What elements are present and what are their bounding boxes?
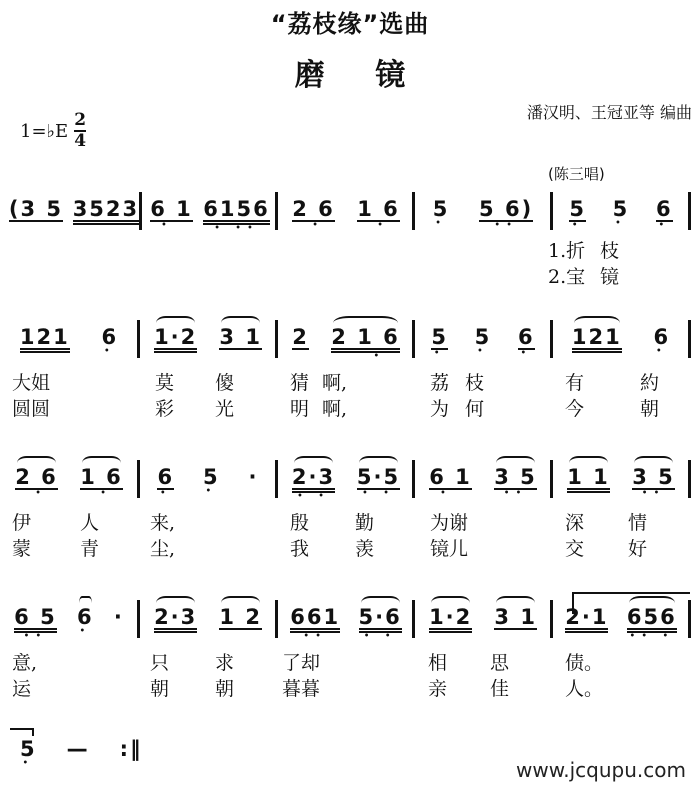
lyric: 啊, — [322, 370, 347, 396]
measure: 5• — :‖ — [20, 730, 140, 770]
slur — [496, 596, 535, 610]
lyric: 朝 — [215, 676, 234, 702]
notes: 5 — [431, 326, 448, 350]
lyric: 莫 — [155, 370, 174, 396]
notes: 6 — [653, 326, 670, 348]
note-group: 2 1 6 • — [331, 318, 399, 361]
lyric: 青 — [80, 536, 99, 562]
notes: 2·3 — [154, 606, 197, 633]
lyric: 荔 — [430, 370, 449, 396]
barline — [412, 320, 415, 358]
note-group: 6• — [101, 318, 118, 356]
measure: 6 5•• 6• · — [4, 598, 134, 638]
slur — [629, 596, 675, 610]
lyric: 思 — [490, 650, 509, 676]
measure: 1·2 3 1 — [143, 318, 273, 358]
measure: 2 2 1 6 • — [281, 318, 411, 358]
lyric: 人。 — [565, 676, 603, 702]
measure: 1·2 3 1 — [418, 598, 548, 638]
notes: 5 — [433, 198, 450, 220]
measure: 1 1 3 5•• — [556, 458, 686, 498]
note-group: 6 1• — [150, 190, 193, 230]
barline — [137, 320, 140, 358]
slur — [431, 596, 470, 610]
repeat-sign: :‖ — [120, 738, 143, 760]
barline — [550, 192, 553, 230]
lyric: 镜 — [600, 264, 619, 290]
notes: 5 — [203, 466, 220, 488]
octave-dots: •• — [504, 490, 528, 498]
lyric: 为谢 — [430, 510, 468, 536]
lyric: 情 — [628, 510, 647, 536]
note-group: 3 5•• — [494, 458, 537, 498]
lyric: 伊 — [12, 510, 31, 536]
octave-dots: • — [205, 488, 217, 496]
octave-dots: •• — [494, 222, 518, 230]
notes: 6 — [656, 198, 673, 222]
measure: 5• 5 6)•• — [418, 190, 548, 230]
notes: 5 — [613, 198, 630, 220]
lyric: 2.宝 — [548, 264, 585, 290]
note-group: 5 6)•• — [479, 190, 533, 230]
note-group: 2·3 — [154, 598, 197, 641]
octave-dots: • • — [364, 633, 397, 641]
key-label: 1=♭E — [20, 121, 68, 142]
note-group: 6• — [656, 190, 673, 230]
measure: 5• 5• 6• — [418, 318, 548, 358]
barline — [137, 460, 140, 498]
measure: 6 1• 6156• •• — [145, 190, 275, 230]
notes: 1 1 — [567, 466, 610, 493]
note-group: 2·3• • — [292, 458, 335, 501]
repeat-end: :‖ — [120, 730, 143, 760]
lyric: 为 — [430, 396, 449, 422]
notes: 3523 — [73, 198, 139, 225]
note-group: 5• — [569, 190, 586, 230]
octave-dots: • •• — [214, 225, 259, 233]
lyric: 人 — [80, 510, 99, 536]
note-group: 6• — [157, 458, 174, 498]
lyric: 佳 — [490, 676, 509, 702]
staff-row-1: (3 5 3523 6 1• 6156• •• 2 6 • 1 6 • 5• 5… — [0, 190, 700, 230]
notes: 6 — [518, 326, 535, 350]
lyric: 明 — [290, 396, 309, 422]
slur — [221, 596, 260, 610]
slur — [79, 596, 92, 610]
note-group: 121 — [20, 318, 70, 361]
lyric: 运 — [12, 676, 31, 702]
octave-dots: • — [303, 222, 324, 230]
lyric: 有 — [565, 370, 584, 396]
lyric: 蒙 — [12, 536, 31, 562]
note-group: 2 — [292, 318, 309, 358]
measure: 2 6 • 1 6 • — [4, 458, 134, 498]
barline — [688, 600, 691, 638]
notes: 5 — [475, 326, 492, 348]
notes: (3 5 — [9, 198, 63, 222]
notes: 661 — [290, 606, 340, 633]
note-group: — — [67, 730, 90, 760]
note-group: 5·6• • — [359, 598, 402, 641]
time-top: 2 — [74, 112, 86, 129]
note-group: 1 1 — [567, 458, 610, 501]
lyric: 1.折 — [548, 238, 585, 264]
lyric: 勤 — [355, 510, 374, 536]
note-group: 5• — [431, 318, 448, 358]
lyric: 羡 — [355, 536, 374, 562]
barline — [139, 192, 142, 230]
measure: 2 6 • 1 6 • — [281, 190, 411, 230]
notes: 1·2 — [154, 326, 197, 353]
notes: · — [249, 466, 259, 488]
measure: (3 5 3523 — [4, 190, 144, 230]
lyric: 朝 — [150, 676, 169, 702]
note-group: 6• — [653, 318, 670, 356]
notes: 5 — [20, 738, 37, 760]
note-group: 2 6 • — [292, 190, 335, 230]
lyric: 圆圆 — [12, 396, 50, 422]
octave-dots: • — [434, 350, 446, 358]
measure: 6 1• 3 5•• — [418, 458, 548, 498]
barline — [137, 600, 140, 638]
lyric: 枝 — [600, 238, 619, 264]
staff-row-4: 6 5•• 6• · 2·3 1 2 661•• 5·6• • 1·2 3 1 … — [0, 598, 700, 638]
watermark: www.jcqupu.com — [516, 758, 686, 782]
slur — [569, 456, 608, 470]
notes: 2·3 — [292, 466, 335, 493]
octave-dots: • — [104, 348, 116, 356]
octave-dots: • — [91, 490, 112, 498]
song-title: 磨 镜 — [0, 50, 700, 94]
octave-dots: •• — [303, 633, 327, 641]
octave-dots: • — [656, 348, 668, 356]
octave-dots: • — [160, 490, 172, 498]
notes: 6156 — [203, 198, 269, 225]
octave-dots: • — [161, 222, 182, 230]
lyric: 暮暮 — [282, 676, 320, 702]
octave-dots: • — [520, 350, 532, 358]
octave-dots: • — [26, 490, 47, 498]
note-group: (3 5 — [9, 190, 63, 230]
staff-row-3: 2 6 • 1 6 • 6• 5• · 2·3• • 5·5• • 6 1• 3… — [0, 458, 700, 498]
notes: 5·6 — [359, 606, 402, 633]
barline — [275, 460, 278, 498]
lyric: 尘, — [150, 536, 175, 562]
note-group: 5• — [475, 318, 492, 356]
octave-dots: • — [440, 490, 461, 498]
barline — [275, 320, 278, 358]
key-signature: 1=♭E 2 4 — [20, 112, 86, 150]
slur — [333, 316, 397, 330]
lyric: 今 — [565, 396, 584, 422]
notes: 6 1 — [429, 466, 472, 490]
barline — [688, 460, 691, 498]
note-group: 121 — [572, 318, 622, 361]
note-group: 656•• • — [627, 598, 677, 641]
note-group: 5• — [203, 458, 220, 496]
measure: 2·1 656•• • — [556, 598, 686, 638]
octave-dots: •• • — [629, 633, 674, 641]
lyric: 相 — [428, 650, 447, 676]
octave-dots: • • — [362, 490, 395, 498]
lyric: 好 — [628, 536, 647, 562]
note-group: · — [249, 458, 259, 496]
measure: 2·3 1 2 — [143, 598, 273, 638]
barline — [412, 600, 415, 638]
composer-credit: 潘汉明、王冠亚等 编曲 — [527, 100, 692, 123]
slur — [496, 456, 535, 470]
octave-dots: • — [368, 222, 389, 230]
slur — [221, 316, 260, 330]
lyric: 亲 — [428, 676, 447, 702]
lyric: 彩 — [155, 396, 174, 422]
octave-dots: • — [22, 760, 34, 768]
note-group: · — [114, 598, 124, 636]
slur — [156, 596, 195, 610]
notes: 121 — [572, 326, 622, 353]
note-group: 6• — [77, 598, 94, 636]
note-group: 2·1 — [565, 598, 608, 641]
slur — [17, 456, 56, 470]
barline — [275, 192, 278, 230]
notes: — — [67, 738, 90, 760]
slur — [634, 456, 673, 470]
slur — [574, 316, 620, 330]
barline — [550, 320, 553, 358]
note-group: 3 1 — [494, 598, 537, 638]
slur — [359, 456, 398, 470]
lyric: 我 — [290, 536, 309, 562]
slur — [361, 596, 400, 610]
lyric: 意, — [12, 650, 37, 676]
barline — [412, 460, 415, 498]
notes: 6 1 — [150, 198, 193, 222]
note-group: 1·2 — [154, 318, 197, 361]
lyric: 交 — [565, 536, 584, 562]
note-group: 5·5• • — [357, 458, 400, 498]
measure: 121 6• — [4, 318, 134, 358]
barline — [550, 460, 553, 498]
measure: 2·3• • 5·5• • — [281, 458, 411, 498]
lyric: 债。 — [565, 650, 603, 676]
slur — [294, 456, 333, 470]
collection-title: “荔枝缘”选曲 — [0, 4, 700, 39]
notes: 6 — [157, 466, 174, 490]
measure: 6• 5• · — [143, 458, 273, 498]
note-group: 1 6 • — [357, 190, 400, 230]
octave-dots: • — [79, 628, 91, 636]
time-signature: 2 4 — [74, 112, 86, 150]
lyric: 約 — [640, 370, 659, 396]
notes: 2 1 6 — [331, 326, 399, 353]
singer-note: (陈三唱) — [548, 163, 605, 184]
lyric: 何 — [465, 396, 484, 422]
measure: 121 6• — [556, 318, 686, 358]
note-group: 6156• •• — [203, 190, 269, 233]
lyric: 镜儿 — [430, 536, 468, 562]
lyric: 朝 — [640, 396, 659, 422]
measure: 661•• 5·6• • — [281, 598, 411, 638]
lyric: 啊, — [322, 396, 347, 422]
note-group: 5• — [613, 190, 630, 228]
notes: 1 6 — [357, 198, 400, 222]
note-group: 5• — [433, 190, 450, 228]
note-group: 2 6 • — [15, 458, 58, 498]
note-group: 3 1 — [219, 318, 262, 358]
notes: · — [114, 606, 124, 628]
notes: 2·1 — [565, 606, 608, 633]
notes: 6 — [101, 326, 118, 348]
lyric: 傻 — [215, 370, 234, 396]
time-bottom: 4 — [74, 133, 86, 150]
lyric: 光 — [215, 396, 234, 422]
note-group: 1 2 — [219, 598, 262, 638]
octave-dots: • — [435, 220, 447, 228]
barline — [275, 600, 278, 638]
lyric: 来, — [150, 510, 175, 536]
lyric: 殷 — [290, 510, 309, 536]
octave-dots: • — [346, 353, 385, 361]
lyric: 大姐 — [12, 370, 50, 396]
slur — [82, 456, 121, 470]
note-group: 6 1• — [429, 458, 472, 498]
notes: 121 — [20, 326, 70, 353]
lyric: 了却 — [282, 650, 320, 676]
barline — [550, 600, 553, 638]
octave-dots: •• — [24, 633, 48, 641]
octave-dots: • — [658, 222, 670, 230]
lyric: 猜 — [290, 370, 309, 396]
octave-dots: • • — [297, 493, 330, 501]
slur — [156, 316, 195, 330]
note-group: 1 6 • — [80, 458, 123, 498]
note-group: 6 5•• — [14, 598, 57, 641]
note-group: 6• — [518, 318, 535, 358]
notes: 2 — [292, 326, 309, 350]
staff-row-2: 121 6• 1·2 3 1 2 2 1 6 • 5• 5• 6• 121 6• — [0, 318, 700, 358]
octave-dots: • — [477, 348, 489, 356]
octave-dots: • — [572, 222, 584, 230]
barline — [688, 192, 691, 230]
note-group: 5• — [20, 730, 37, 768]
notes: 5 — [569, 198, 586, 222]
lyric: 求 — [215, 650, 234, 676]
octave-dots: • — [615, 220, 627, 228]
barline — [688, 320, 691, 358]
lyric: 枝 — [465, 370, 484, 396]
notes: 2 6 — [292, 198, 335, 222]
note-group: 661•• — [290, 598, 340, 641]
note-group: 1·2 — [429, 598, 472, 641]
lyric: 只 — [150, 650, 169, 676]
notes: 1·2 — [429, 606, 472, 633]
octave-dots: •• — [642, 490, 666, 498]
barline — [412, 192, 415, 230]
note-group: 3523 — [73, 190, 139, 233]
note-group: 3 5•• — [632, 458, 675, 498]
measure: 5• 5• 6• — [556, 190, 686, 230]
notes: 5 6) — [479, 198, 533, 222]
lyric: 深 — [565, 510, 584, 536]
notes: 656 — [627, 606, 677, 633]
notes: 6 5 — [14, 606, 57, 633]
